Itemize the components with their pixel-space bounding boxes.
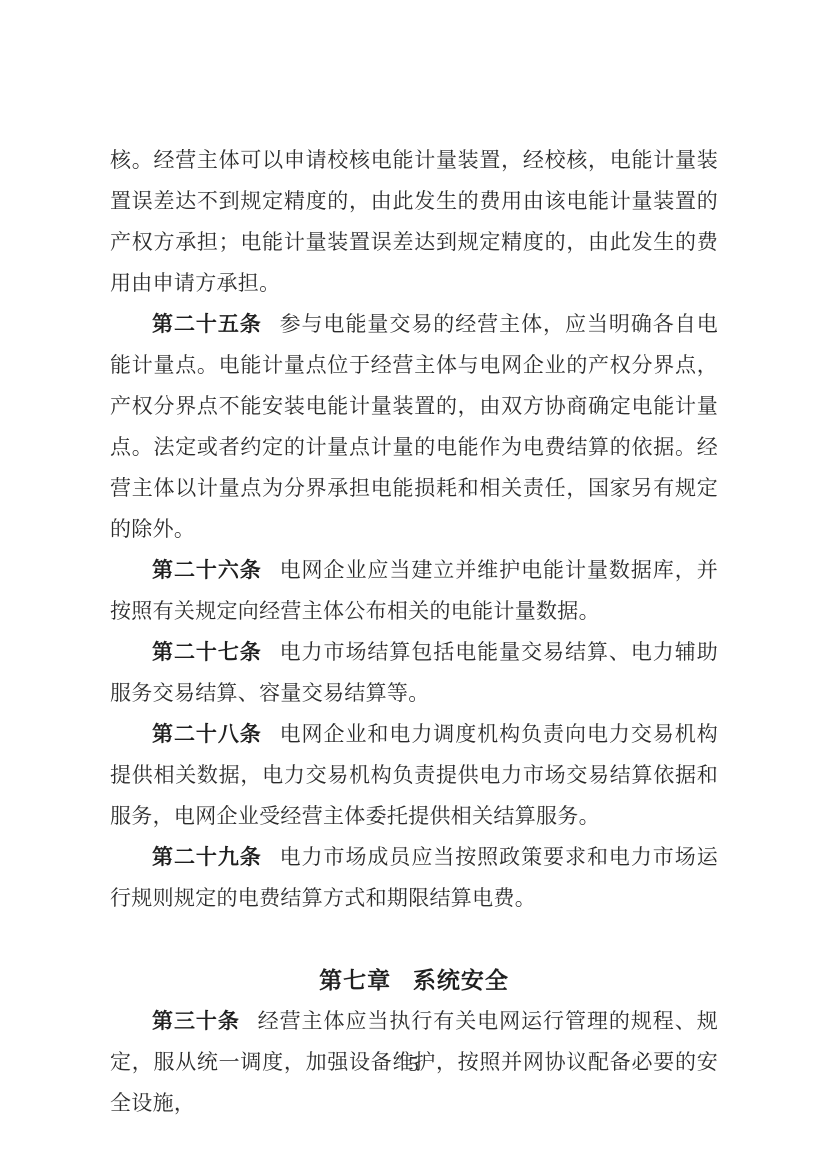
article-label: 第二十六条 [152,559,262,582]
article-paragraph-26: 第二十六条电网企业应当建立并维护电能计量数据库，并按照有关规定向经营主体公布相关… [110,550,718,632]
article-text: 参与电能量交易的经营主体，应当明确各自电能计量点。电能计量点位于经营主体与电网企… [110,312,718,541]
article-paragraph-27: 第二十七条电力市场结算包括电能量交易结算、电力辅助服务交易结算、容量交易结算等。 [110,632,718,714]
chapter-label: 第七章 [319,967,391,993]
article-paragraph-28: 第二十八条电网企业和电力调度机构负责向电力交易机构提供相关数据，电力交易机构负责… [110,714,718,837]
chapter-heading: 第七章系统安全 [110,960,718,1001]
article-label: 第三十条 [152,1010,240,1033]
paragraph-text: 核。经营主体可以申请校核电能计量装置，经校核，电能计量装置误差达不到规定精度的，… [110,148,718,295]
chapter-title: 系统安全 [413,967,509,993]
article-label: 第二十五条 [152,313,262,336]
document-content: 核。经营主体可以申请校核电能计量装置，经校核，电能计量装置误差达不到规定精度的，… [110,140,718,1124]
paragraph-continuation: 核。经营主体可以申请校核电能计量装置，经校核，电能计量装置误差达不到规定精度的，… [110,140,718,304]
article-label: 第二十九条 [152,846,262,869]
document-page: 核。经营主体可以申请校核电能计量装置，经校核，电能计量装置误差达不到规定精度的，… [0,0,827,1169]
article-paragraph-25: 第二十五条参与电能量交易的经营主体，应当明确各自电能计量点。电能计量点位于经营主… [110,304,718,550]
article-label: 第二十七条 [152,641,262,664]
article-paragraph-29: 第二十九条电力市场成员应当按照政策要求和电力市场运行规则规定的电费结算方式和期限… [110,837,718,919]
article-label: 第二十八条 [152,723,262,746]
page-number: 5 [0,1049,827,1079]
